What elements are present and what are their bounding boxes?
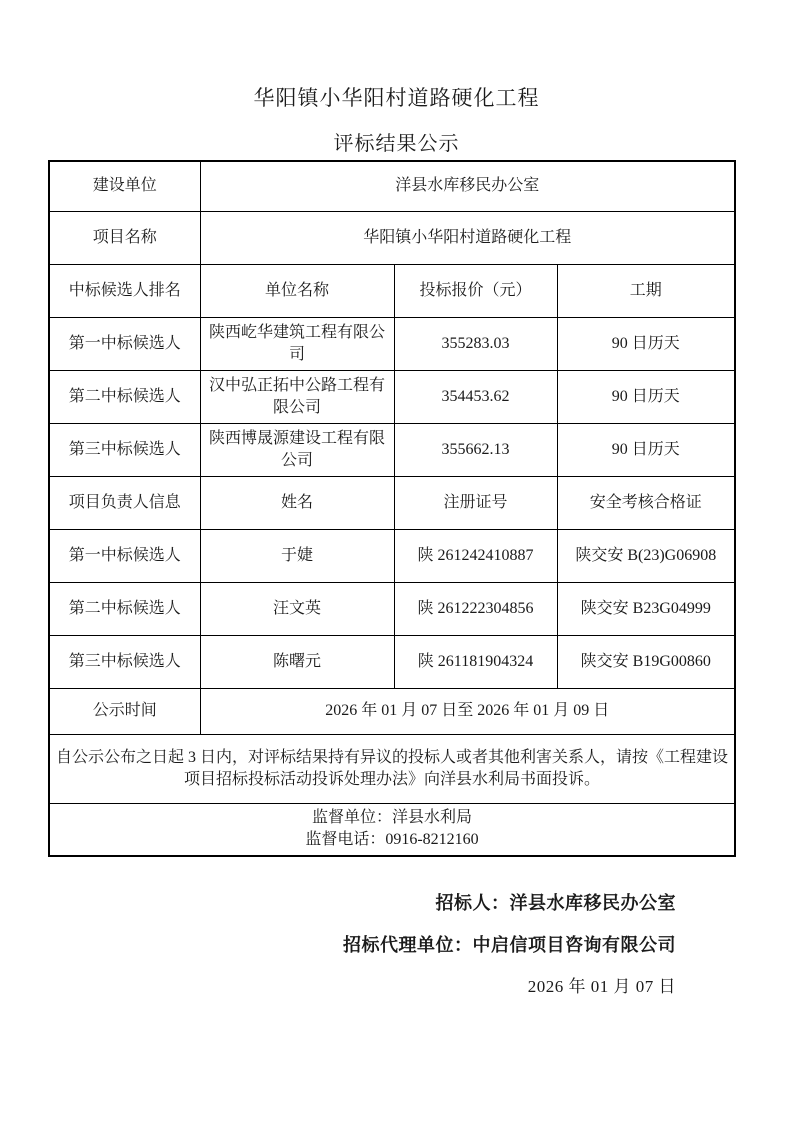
notice-row: 自公示公布之日起 3 日内，对评标结果持有异议的投标人或者其他利害关系人，请按《… — [49, 734, 735, 803]
manager-rank-cell: 第三中标候选人 — [49, 635, 200, 688]
objection-notice-text: 自公示公布之日起 3 日内，对评标结果持有异议的投标人或者其他利害关系人，请按《… — [49, 734, 735, 803]
bid-result-table: 建设单位 洋县水库移民办公室 项目名称 华阳镇小华阳村道路硬化工程 中标候选人排… — [48, 160, 736, 857]
bid-duration-cell: 90 日历天 — [557, 423, 735, 476]
publicity-value: 2026 年 01 月 07 日至 2026 年 01 月 09 日 — [200, 688, 735, 734]
manager-row-1: 第一中标候选人 于婕 陕 261242410887 陕交安 B(23)G0690… — [49, 529, 735, 582]
manager-section-label: 项目负责人信息 — [49, 476, 200, 529]
document-title: 华阳镇小华阳村道路硬化工程 — [0, 82, 793, 112]
bid-row-2: 第二中标候选人 汉中弘正拓中公路工程有限公司 354453.62 90 日历天 — [49, 370, 735, 423]
manager-safety-cert-cell: 陕交安 B19G00860 — [557, 635, 735, 688]
bid-rank-cell: 第三中标候选人 — [49, 423, 200, 476]
document-subtitle: 评标结果公示 — [0, 127, 793, 156]
publicity-label: 公示时间 — [49, 688, 200, 734]
table-row: 项目名称 华阳镇小华阳村道路硬化工程 — [49, 211, 735, 264]
manager-header-cert-no: 注册证号 — [394, 476, 557, 529]
supervision-cell: 监督单位：洋县水利局 监督电话：0916-8212160 — [49, 803, 735, 856]
manager-safety-cert-cell: 陕交安 B23G04999 — [557, 582, 735, 635]
manager-header-safety-cert: 安全考核合格证 — [557, 476, 735, 529]
document-page: 华阳镇小华阳村道路硬化工程 评标结果公示 建设单位 洋县水库移民办公室 项目名称… — [0, 0, 793, 1122]
manager-name-cell: 陈曙元 — [200, 635, 394, 688]
bid-duration-cell: 90 日历天 — [557, 370, 735, 423]
bid-company-cell: 陕西屹华建筑工程有限公司 — [200, 317, 394, 370]
manager-row-3: 第三中标候选人 陈曙元 陕 261181904324 陕交安 B19G00860 — [49, 635, 735, 688]
construction-unit-value: 洋县水库移民办公室 — [200, 161, 735, 211]
publicity-row: 公示时间 2026 年 01 月 07 日至 2026 年 01 月 09 日 — [49, 688, 735, 734]
signature-block: 招标人：洋县水库移民办公室 招标代理单位：中启信项目咨询有限公司 2026 年 … — [343, 882, 676, 1008]
bid-price-cell: 354453.62 — [394, 370, 557, 423]
supervision-unit: 监督单位：洋县水利局 — [55, 807, 729, 829]
manager-rank-cell: 第二中标候选人 — [49, 582, 200, 635]
bid-rank-cell: 第一中标候选人 — [49, 317, 200, 370]
manager-rank-cell: 第一中标候选人 — [49, 529, 200, 582]
manager-cert-no-cell: 陕 261181904324 — [394, 635, 557, 688]
bid-price-cell: 355283.03 — [394, 317, 557, 370]
bid-header-duration: 工期 — [557, 264, 735, 317]
manager-row-2: 第二中标候选人 汪文英 陕 261222304856 陕交安 B23G04999 — [49, 582, 735, 635]
manager-name-cell: 于婕 — [200, 529, 394, 582]
project-name-value: 华阳镇小华阳村道路硬化工程 — [200, 211, 735, 264]
bid-header-price: 投标报价（元） — [394, 264, 557, 317]
bid-company-cell: 陕西博晟源建设工程有限公司 — [200, 423, 394, 476]
bid-rank-cell: 第二中标候选人 — [49, 370, 200, 423]
bid-row-1: 第一中标候选人 陕西屹华建筑工程有限公司 355283.03 90 日历天 — [49, 317, 735, 370]
bid-company-cell: 汉中弘正拓中公路工程有限公司 — [200, 370, 394, 423]
bid-duration-cell: 90 日历天 — [557, 317, 735, 370]
manager-header-row: 项目负责人信息 姓名 注册证号 安全考核合格证 — [49, 476, 735, 529]
manager-header-name: 姓名 — [200, 476, 394, 529]
bid-header-company: 单位名称 — [200, 264, 394, 317]
agency-line: 招标代理单位：中启信项目咨询有限公司 — [343, 924, 676, 966]
date-line: 2026 年 01 月 07 日 — [343, 966, 676, 1008]
supervision-row: 监督单位：洋县水利局 监督电话：0916-8212160 — [49, 803, 735, 856]
project-name-label: 项目名称 — [49, 211, 200, 264]
bid-header-rank: 中标候选人排名 — [49, 264, 200, 317]
bid-header-row: 中标候选人排名 单位名称 投标报价（元） 工期 — [49, 264, 735, 317]
bid-price-cell: 355662.13 — [394, 423, 557, 476]
manager-cert-no-cell: 陕 261222304856 — [394, 582, 557, 635]
table-row: 建设单位 洋县水库移民办公室 — [49, 161, 735, 211]
manager-cert-no-cell: 陕 261242410887 — [394, 529, 557, 582]
construction-unit-label: 建设单位 — [49, 161, 200, 211]
supervision-phone: 监督电话：0916-8212160 — [55, 829, 729, 851]
manager-safety-cert-cell: 陕交安 B(23)G06908 — [557, 529, 735, 582]
bid-row-3: 第三中标候选人 陕西博晟源建设工程有限公司 355662.13 90 日历天 — [49, 423, 735, 476]
manager-name-cell: 汪文英 — [200, 582, 394, 635]
tenderer-line: 招标人：洋县水库移民办公室 — [343, 882, 676, 924]
